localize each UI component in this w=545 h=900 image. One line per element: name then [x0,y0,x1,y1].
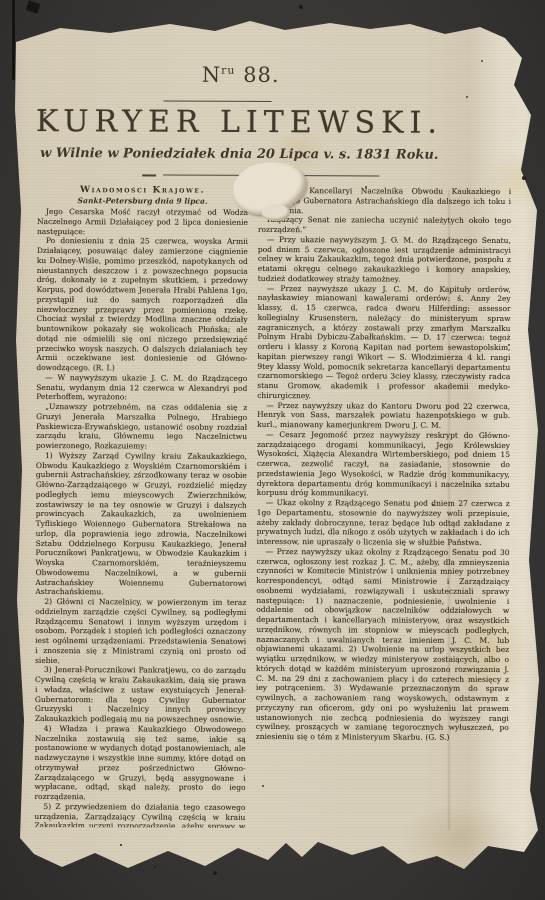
article-columns: Wiadomości Krajowe. Sankt-Petersburg dni… [34,185,511,829]
newspaper-paragraph: „Uznawszy potrzebném, na czas oddalenia … [36,402,247,452]
newspaper-paragraph: — Ukaz okolny z Rządzącego Senatu pod dn… [257,498,510,548]
newspaper-paragraph: 2) Główni ci Naczelnicy, w powierzonym i… [35,597,246,666]
newspaper-paragraph: — Przez naywyższy ukaz okolny z Rządzące… [256,547,510,743]
newspaper-paragraph: 4) Władza i prawa Kaukazkiego Obwodowego… [34,724,245,803]
newspaper-paragraph: 5) Z przywiedzeniem do działania tego cz… [34,802,245,828]
newspaper-paragraph: Jego Cesarska Mość raczył otrzymać od Wo… [37,207,248,237]
newspaper-paragraph: — Przez naywyższe ukazy J. C. M. do Kapi… [257,283,511,401]
left-column: Wiadomości Krajowe. Sankt-Petersburg dni… [34,185,248,828]
issue-number: Nru 88. [2,62,480,88]
scanned-newspaper-background: Nru 88. KURYER LITEWSKI. w Wilnie w Poni… [0,0,545,900]
newspaper-paragraph: 1) Wyższy Zarząd Cywilny kraiu Zakaukazk… [35,451,247,598]
dateline-divider-dash [142,174,156,176]
corner-ink-mark [26,0,41,13]
issue-digits: 88. [235,63,279,87]
issue-prefix: N [202,63,221,87]
newspaper-paragraph: — Przez naywyższy ukaz do Kantoru Dworu … [257,400,510,430]
newspaper-paragraph: Rządzący Senat nie zaniecha uczynić nale… [258,215,511,236]
newspaper-paragraph: — Przy ukazie naywyższym J. C. M. do Rzą… [258,235,511,285]
printed-content: Nru 88. KURYER LITEWSKI. w Wilnie w Poni… [0,0,545,900]
newspaper-paragraph: — Cesarz Jegomość przez naywyższy reskry… [257,430,510,499]
right-column: były do Kancellaryi Naczelnika Obwodu Ka… [255,186,511,829]
newspaper-paragraph: Po doniesieniu z dnia 25 czerwca, woyska… [36,236,248,373]
binding-thread [12,0,15,80]
ink-specks [0,0,2,2]
newspaper-paragraph: 3) Jenerał-Porucznikowi Pankratjewu, co … [35,665,246,724]
issue-superscript: ru [221,64,235,77]
masthead-dateline: w Wilnie w Poniedziałek dnia 20 Lipca v.… [29,146,449,163]
issue-divider-rule [164,101,272,102]
column-dateline: Sankt-Petersburg dnia 9 lipca. [37,196,248,206]
section-heading: Wiadomości Krajowe. [37,185,248,196]
newspaper-title: KURYER LITEWSKI. [29,104,449,141]
newspaper-page: Nru 88. KURYER LITEWSKI. w Wilnie w Poni… [0,0,545,900]
newspaper-paragraph: — W naywyższym ukazie J. C. M. do Rządzą… [36,373,247,403]
